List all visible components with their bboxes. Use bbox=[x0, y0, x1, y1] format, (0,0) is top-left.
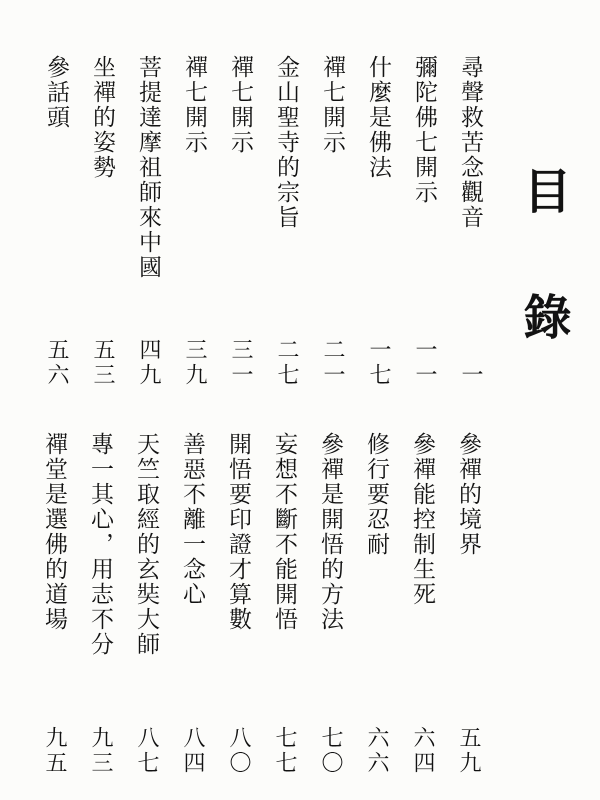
toc-entry-page-number: 六六 bbox=[365, 726, 388, 776]
toc-entry-page-number: 五六 bbox=[45, 338, 68, 388]
toc-entry-page-number: 一 bbox=[459, 363, 482, 388]
toc-entry-page-number: 七七 bbox=[273, 726, 296, 776]
toc-entry: 禪七開示 三九 bbox=[183, 55, 206, 388]
toc-entry-title: 坐禪的姿勢 bbox=[91, 55, 114, 180]
toc-entry-page-number: 九三 bbox=[89, 726, 112, 776]
toc-entry: 善惡不離一念心 八四 bbox=[181, 432, 204, 776]
toc-entry-title: 禪七開示 bbox=[183, 55, 206, 155]
toc-section-bottom: 參禪的境界 五九 參禪能控制生死 六四 修行要忍耐 六六 參禪是開悟的方法 七〇… bbox=[43, 432, 480, 776]
toc-entry: 坐禪的姿勢 五三 bbox=[91, 55, 114, 388]
page-title: 目錄 bbox=[518, 166, 566, 418]
scanned-book-page: 目錄 尋聲救苦念觀音 一 彌陀佛七開示 一一 什麼是佛法 一七 禪七開示 二一 … bbox=[0, 0, 600, 800]
toc-entry-page-number: 三九 bbox=[183, 338, 206, 388]
toc-entry-title: 菩提達摩祖師來中國 bbox=[137, 55, 160, 280]
toc-entry-title: 妄想不斷不能開悟 bbox=[273, 432, 296, 632]
toc-entry-title: 尋聲救苦念觀音 bbox=[459, 55, 482, 230]
toc-entry-title: 禪堂是選佛的道場 bbox=[43, 432, 66, 632]
toc-section-top: 尋聲救苦念觀音 一 彌陀佛七開示 一一 什麼是佛法 一七 禪七開示 二一 金山聖… bbox=[45, 55, 482, 388]
toc-entry-title: 彌陀佛七開示 bbox=[413, 55, 436, 205]
toc-entry-page-number: 八〇 bbox=[227, 726, 250, 776]
toc-entry-title: 參禪的境界 bbox=[457, 432, 480, 557]
toc-entry-page-number: 八四 bbox=[181, 726, 204, 776]
toc-entry: 專一其心，用志不分 九三 bbox=[89, 432, 112, 776]
toc-entry-page-number: 一七 bbox=[367, 338, 390, 388]
toc-entry-title: 天竺取經的玄奘大師 bbox=[135, 432, 158, 657]
toc-entry-title: 金山聖寺的宗旨 bbox=[275, 55, 298, 230]
toc-entry-page-number: 九五 bbox=[43, 726, 66, 776]
toc-entry: 參禪的境界 五九 bbox=[457, 432, 480, 776]
toc-entry: 修行要忍耐 六六 bbox=[365, 432, 388, 776]
toc-entry-page-number: 一一 bbox=[413, 338, 436, 388]
toc-entry: 禪七開示 二一 bbox=[321, 55, 344, 388]
toc-entry: 開悟要印證才算數 八〇 bbox=[227, 432, 250, 776]
toc-entry: 尋聲救苦念觀音 一 bbox=[459, 55, 482, 388]
toc-entry-title: 參禪能控制生死 bbox=[411, 432, 434, 607]
toc-entry: 彌陀佛七開示 一一 bbox=[413, 55, 436, 388]
toc-entry: 菩提達摩祖師來中國 四九 bbox=[137, 55, 160, 388]
toc-entry: 參禪能控制生死 六四 bbox=[411, 432, 434, 776]
toc-entry-title: 參禪是開悟的方法 bbox=[319, 432, 342, 632]
toc-entry-title: 善惡不離一念心 bbox=[181, 432, 204, 607]
toc-entry: 金山聖寺的宗旨 二七 bbox=[275, 55, 298, 388]
toc-entry-page-number: 三一 bbox=[229, 338, 252, 388]
toc-entry: 妄想不斷不能開悟 七七 bbox=[273, 432, 296, 776]
toc-entry-title: 專一其心，用志不分 bbox=[89, 432, 112, 657]
toc-entry-title: 禪七開示 bbox=[229, 55, 252, 155]
toc-entry: 禪堂是選佛的道場 九五 bbox=[43, 432, 66, 776]
toc-entry-title: 什麼是佛法 bbox=[367, 55, 390, 180]
toc-entry-title: 修行要忍耐 bbox=[365, 432, 388, 557]
toc-entry-page-number: 五三 bbox=[91, 338, 114, 388]
toc-entry-page-number: 六四 bbox=[411, 726, 434, 776]
toc-entry-page-number: 四九 bbox=[137, 338, 160, 388]
toc-entry: 什麼是佛法 一七 bbox=[367, 55, 390, 388]
toc-entry: 天竺取經的玄奘大師 八七 bbox=[135, 432, 158, 776]
toc-entry-page-number: 八七 bbox=[135, 726, 158, 776]
toc-entry-title: 參話頭 bbox=[45, 55, 68, 130]
toc-entry-page-number: 七〇 bbox=[319, 726, 342, 776]
toc-entry: 參話頭 五六 bbox=[45, 55, 68, 388]
toc-entry-page-number: 五九 bbox=[457, 726, 480, 776]
toc-entry: 禪七開示 三一 bbox=[229, 55, 252, 388]
toc-entry-title: 開悟要印證才算數 bbox=[227, 432, 250, 632]
toc-entry: 參禪是開悟的方法 七〇 bbox=[319, 432, 342, 776]
toc-entry-title: 禪七開示 bbox=[321, 55, 344, 155]
toc-entry-page-number: 二一 bbox=[321, 338, 344, 388]
toc-entry-page-number: 二七 bbox=[275, 338, 298, 388]
